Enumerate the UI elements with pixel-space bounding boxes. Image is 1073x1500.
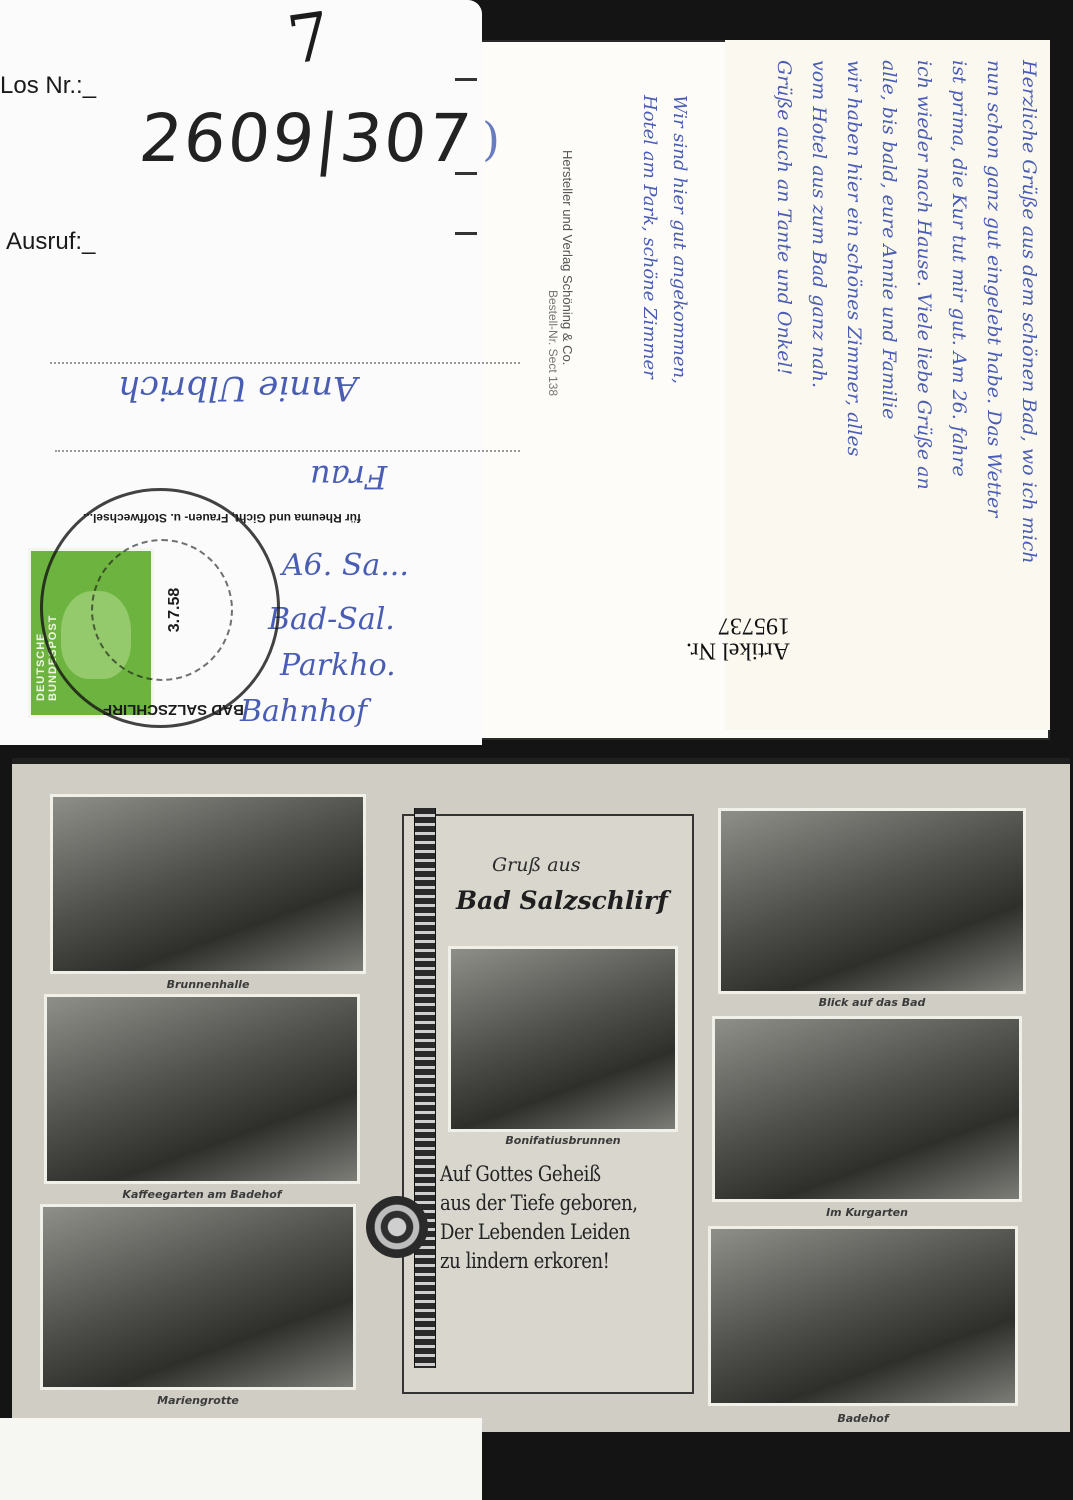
rope-decoration: [414, 808, 436, 1368]
start-price-label: Ausruf:_: [6, 228, 95, 256]
order-line: Bestell-Nr. Sect 138: [546, 290, 560, 396]
article-number: 195737: [686, 612, 790, 637]
address-line-5: Bahnhof: [240, 694, 367, 729]
postmark-inner-ring: [91, 539, 233, 681]
caption-brunnenhalle: Brunnenhalle: [50, 978, 366, 991]
article-label: Artikel Nr.: [686, 637, 790, 662]
publisher-line: Hersteller und Verlag Schöning & Co.: [560, 150, 575, 365]
caption-badehof: Badehof: [708, 1412, 1018, 1425]
caption-mariengrotte: Mariengrotte: [40, 1394, 356, 1407]
address-line: [55, 450, 520, 452]
address-line: [50, 362, 520, 364]
caption-bonifatiusbrunnen: Bonifatiusbrunnen: [448, 1134, 678, 1147]
greeting-line-2: Bad Salzschlirf: [456, 886, 668, 915]
caption-blick-auf-das-bad: Blick auf das Bad: [718, 996, 1026, 1009]
postmark-slogan: für Rheuma und Gicht, Frauen- u. Stoffwe…: [83, 511, 361, 525]
photo-blick-auf-das-bad: [718, 808, 1026, 994]
photo-im-kurgarten: [712, 1016, 1022, 1202]
caption-kaffeegarten: Kaffeegarten am Badehof: [44, 1188, 360, 1201]
address-line-1: Frau: [310, 458, 387, 496]
photo-kaffeegarten: [44, 994, 360, 1184]
caption-im-kurgarten: Im Kurgarten: [712, 1206, 1022, 1219]
dash-mark: [455, 78, 477, 81]
pencil-bracket-mark: ): [482, 112, 500, 166]
photo-brunnenhalle: [50, 794, 366, 974]
verse: Auf Gottes Geheiß aus der Tiefe geboren,…: [440, 1160, 646, 1276]
lot-number-label: Los Nr.:_: [0, 72, 96, 100]
greeting-line-1: Gruß aus: [492, 854, 581, 876]
photo-badehof: [708, 1226, 1018, 1406]
postcard-front: Brunnenhalle Kaffeegarten am Badehof Mar…: [12, 758, 1070, 1432]
dash-mark: [455, 232, 477, 235]
verse-line: Der Lebenden Leiden: [440, 1218, 646, 1247]
lot-number: 2609|307: [136, 100, 476, 177]
dash-mark: [455, 172, 477, 175]
rose-seal-icon: [366, 1196, 428, 1258]
verse-line: zu lindern erkoren!: [440, 1247, 646, 1276]
photo-mariengrotte: [40, 1204, 356, 1390]
address-line-3: Bad-Sal.: [268, 602, 395, 637]
postmark-date: 3.7.58: [166, 588, 184, 632]
article-number-block: Artikel Nr. 195737: [686, 612, 790, 662]
verse-line: Auf Gottes Geheiß: [440, 1160, 646, 1189]
sender-signature: Annie Ulbrich: [118, 368, 358, 408]
greeting-scroll: Gruß aus Bad Salzschlirf Bonifatiusbrunn…: [402, 814, 694, 1394]
photo-bonifatiusbrunnen: [448, 946, 678, 1132]
address-line-4: Parkho.: [280, 648, 396, 683]
verse-line: aus der Tiefe geboren,: [440, 1189, 646, 1218]
postmark: für Rheuma und Gicht, Frauen- u. Stoffwe…: [40, 488, 280, 728]
label-card-bottom: [0, 1418, 482, 1500]
postmark-town: BAD SALZSCHLIRF: [103, 701, 244, 718]
address-line-2: A6. Sa...: [282, 548, 409, 583]
